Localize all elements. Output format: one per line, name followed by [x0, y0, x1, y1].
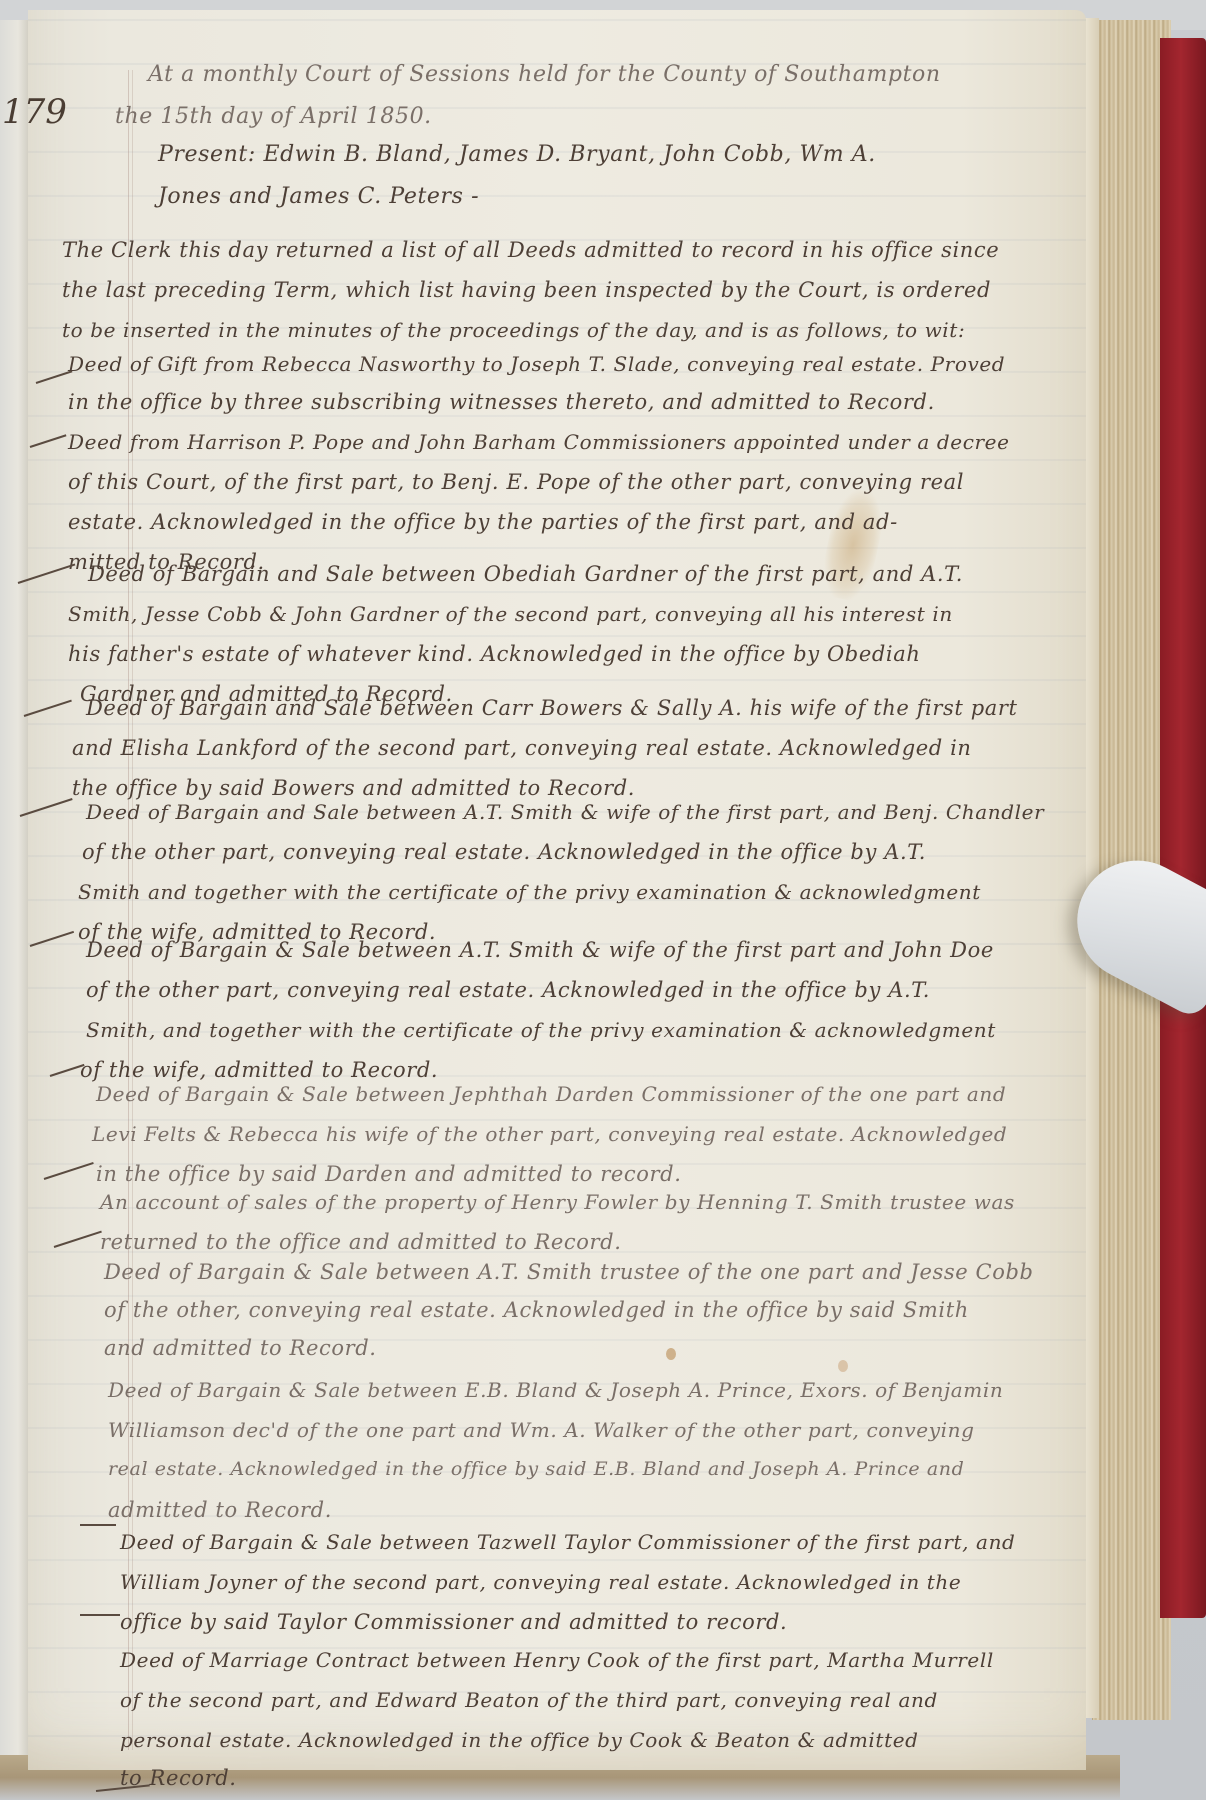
- entry-line: of the other, conveying real estate. Ack…: [104, 1298, 969, 1322]
- entry-line: Deed of Bargain & Sale between Jephthah …: [96, 1082, 1006, 1106]
- entry-line: An account of sales of the property of H…: [100, 1190, 1015, 1214]
- entry-line: office by said Taylor Commissioner and a…: [120, 1610, 787, 1634]
- entry-line: his father's estate of whatever kind. Ac…: [68, 642, 920, 666]
- entry-line: returned to the office and admitted to R…: [100, 1230, 621, 1254]
- entry-line: William Joyner of the second part, conve…: [120, 1570, 961, 1594]
- previous-page-edge: [0, 20, 31, 1760]
- header-line: Present: Edwin B. Bland, James D. Bryant…: [158, 142, 876, 167]
- entry-line: Deed of Bargain and Sale between Carr Bo…: [86, 696, 1018, 720]
- header-line: Jones and James C. Peters -: [158, 184, 479, 209]
- entry-line: of the other part, conveying real estate…: [82, 840, 926, 864]
- entry-mark: [80, 1524, 116, 1526]
- entry-line: of the other part, conveying real estate…: [86, 978, 930, 1002]
- book-cover: [1160, 38, 1206, 1618]
- entry-line: personal estate. Acknowledged in the off…: [120, 1728, 919, 1752]
- entry-line: Williamson dec'd of the one part and Wm.…: [108, 1418, 975, 1442]
- entry-line: real estate. Acknowledged in the office …: [108, 1458, 964, 1480]
- page-number: 179: [2, 92, 67, 132]
- entry-line: Deed of Bargain and Sale between A.T. Sm…: [86, 800, 1044, 824]
- entry-line: of this Court, of the first part, to Ben…: [68, 470, 964, 494]
- entry-line: of the second part, and Edward Beaton of…: [120, 1688, 938, 1712]
- entry-line: Deed of Gift from Rebecca Nasworthy to J…: [68, 352, 1005, 376]
- intro-line: the last preceding Term, which list havi…: [62, 278, 991, 302]
- entry-line: Deed of Bargain and Sale between Obediah…: [88, 562, 963, 586]
- ink-spot: [666, 1348, 676, 1360]
- entry-mark: [80, 1614, 120, 1616]
- entry-line: and Elisha Lankford of the second part, …: [72, 736, 972, 760]
- ink-spot: [838, 1360, 848, 1372]
- entry-line: Deed from Harrison P. Pope and John Barh…: [68, 430, 1010, 454]
- entry-line: Deed of Bargain & Sale between Tazwell T…: [120, 1530, 1015, 1554]
- intro-line: The Clerk this day returned a list of al…: [62, 238, 999, 262]
- entry-line: Deed of Marriage Contract between Henry …: [120, 1648, 994, 1672]
- header-line: At a monthly Court of Sessions held for …: [148, 62, 941, 87]
- entry-line: admitted to Record.: [108, 1498, 332, 1522]
- entry-line: in the office by three subscribing witne…: [68, 390, 935, 414]
- entry-line: Deed of Bargain & Sale between A.T. Smit…: [104, 1260, 1034, 1284]
- entry-line: in the office by said Darden and admitte…: [96, 1162, 682, 1186]
- entry-line: estate. Acknowledged in the office by th…: [68, 510, 898, 534]
- entry-line: Deed of Bargain & Sale between E.B. Blan…: [108, 1378, 1003, 1402]
- entry-line: and admitted to Record.: [104, 1336, 377, 1360]
- entry-line: Smith, Jesse Cobb & John Gardner of the …: [68, 602, 953, 626]
- header-line: the 15th day of April 1850.: [115, 104, 432, 129]
- entry-line: the office by said Bowers and admitted t…: [72, 776, 635, 800]
- intro-line: to be inserted in the minutes of the pro…: [62, 318, 965, 342]
- entry-line: Deed of Bargain & Sale between A.T. Smit…: [86, 938, 994, 962]
- entry-line: Smith, and together with the certificate…: [86, 1018, 996, 1042]
- entry-line: Levi Felts & Rebecca his wife of the oth…: [92, 1122, 1007, 1146]
- entry-line: of the wife, admitted to Record.: [80, 1058, 438, 1082]
- entry-line: Smith and together with the certificate …: [78, 880, 981, 904]
